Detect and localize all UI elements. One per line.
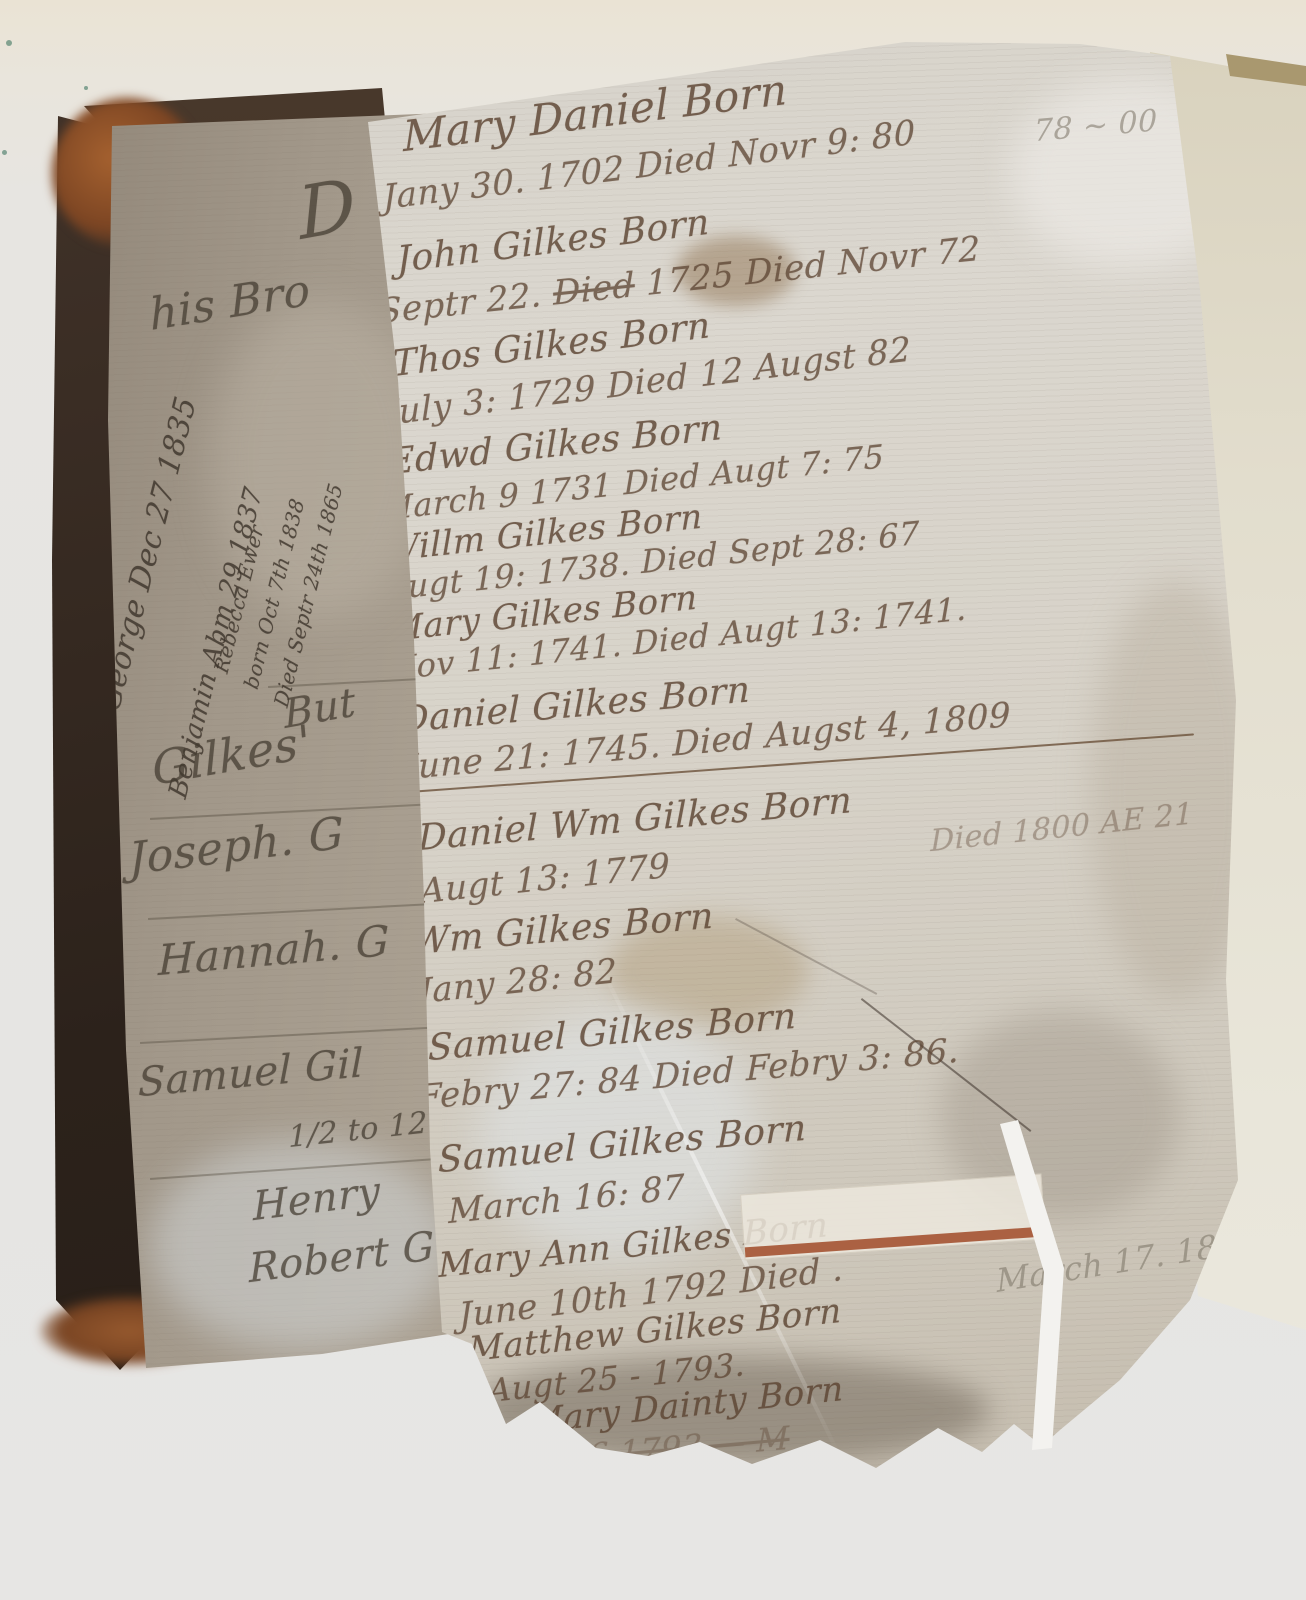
mold-speck (6, 40, 12, 46)
script-initial: D (295, 162, 360, 256)
mold-speck (2, 150, 7, 155)
mold-speck (84, 86, 88, 90)
struck-word: Died (553, 265, 635, 314)
photo-of-manuscript: Joshua George Dec 27 1835 Benjamin Abm 2… (0, 0, 1306, 1600)
